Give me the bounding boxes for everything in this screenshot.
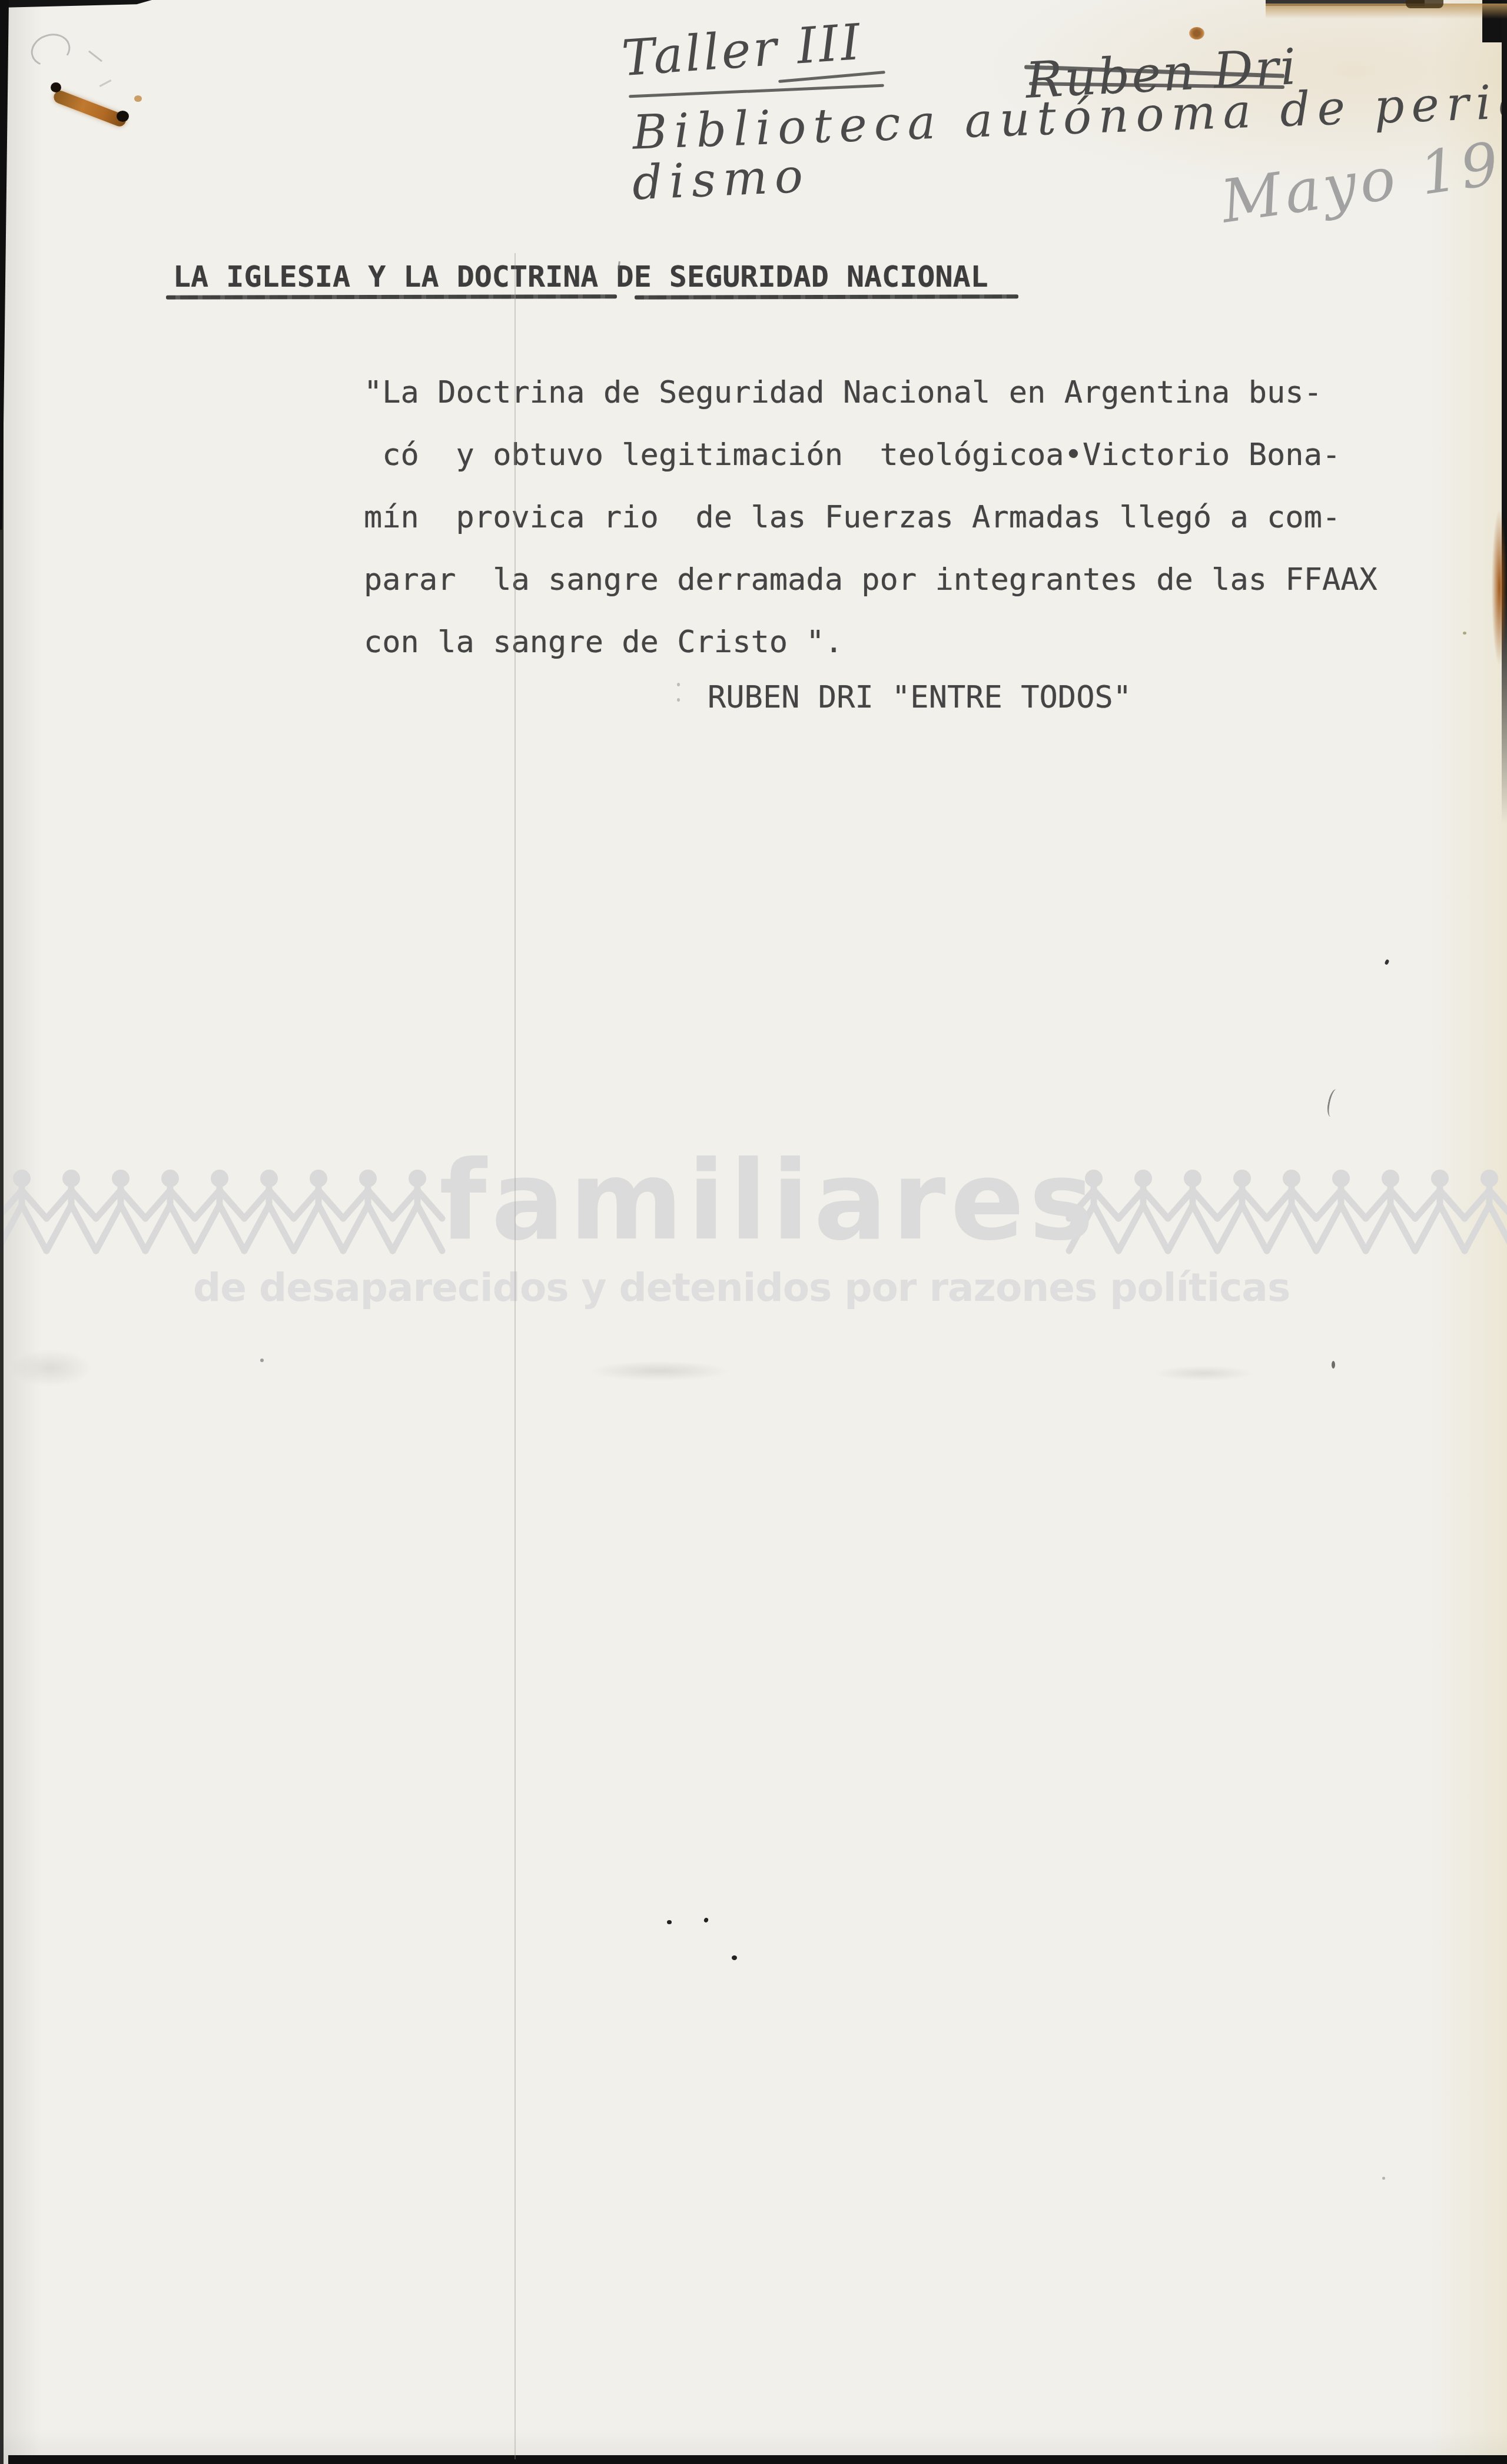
paper-edge-discoloration <box>1266 4 1507 19</box>
paper-smudge <box>589 1361 730 1381</box>
pencil-scribble <box>99 79 112 87</box>
paper-edge-blotch <box>1406 0 1443 8</box>
rust-stain-dot <box>117 111 129 122</box>
ink-mark <box>677 683 680 686</box>
ink-speck <box>1463 632 1466 635</box>
ink-speck <box>1382 2177 1385 2180</box>
typed-line: có y obtuvo legitimación teológicoa•Vict… <box>364 437 1340 473</box>
handwritten-underline <box>629 84 884 98</box>
typed-line: parar la sangre derramada por integrante… <box>364 562 1377 598</box>
pencil-scribble <box>88 51 102 62</box>
typed-line: con la sangre de Cristo ". <box>364 624 843 660</box>
scan-edge-top <box>0 0 152 8</box>
watermark-subtitle: de desaparecidos y detenidos por razones… <box>193 1267 1290 1309</box>
quote-attribution: RUBEN DRI "ENTRE TODOS" <box>708 679 1131 716</box>
ink-speck <box>667 1920 672 1924</box>
ink-speck <box>1384 959 1389 965</box>
scan-edge-stain <box>1492 511 1507 664</box>
pencil-scribble <box>26 29 74 71</box>
paper-fold-line <box>514 253 516 2459</box>
document-title: LA IGLESIA Y LA DOCTRINA DE SEGURIDAD NA… <box>173 259 988 294</box>
rust-stain-dot <box>134 95 142 102</box>
typed-line: mín provica rio de las Fuerzas Armadas l… <box>364 499 1340 536</box>
title-underline <box>635 294 1018 299</box>
ink-speck <box>1332 1361 1335 1369</box>
ink-speck <box>703 1917 709 1923</box>
rust-stain <box>52 89 128 128</box>
paper-smudge <box>9 1349 92 1387</box>
watermark-word: familiares <box>439 1147 1098 1256</box>
scan-edge-bottom <box>8 2455 1507 2464</box>
paper-smudge <box>1154 1366 1254 1381</box>
title-underline <box>166 294 617 300</box>
ink-mark <box>1325 1088 1342 1118</box>
scanned-document-page: familiares de desaparecidos y detenidos … <box>0 0 1507 2464</box>
ink-speck <box>732 1955 737 1960</box>
handwritten-library-note: dismo <box>631 148 811 210</box>
rust-stain-dot <box>51 82 61 92</box>
typed-line: "La Doctrina de Seguridad Nacional en Ar… <box>364 374 1322 411</box>
ink-speck <box>260 1359 264 1362</box>
scan-edge-left <box>0 0 9 530</box>
rust-stain-dot <box>1189 27 1204 39</box>
scan-edge-right <box>1502 0 1507 824</box>
